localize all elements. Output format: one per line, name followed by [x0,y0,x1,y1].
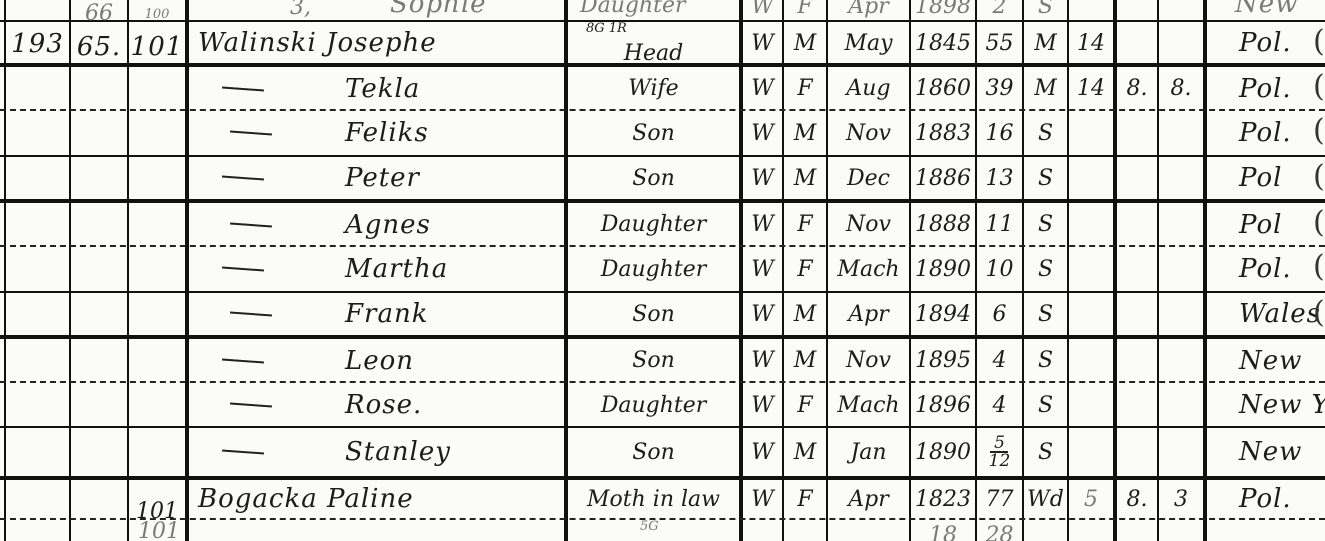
mother-children-living [1159,203,1203,246]
sex: M [784,428,826,476]
line-number: 193 [6,24,69,64]
relation: Daughter [568,247,739,291]
years-married [1069,293,1113,335]
top-strike-mark: 3, [290,0,311,20]
birth-month: Apr [828,480,909,518]
marital-status: S [1024,247,1067,291]
relation: Son [568,157,739,199]
years-married: 14 [1069,22,1113,64]
mother-children-born: 8. [1117,67,1157,110]
color-race: W [743,339,782,382]
top-row-birthplace: New [1235,0,1298,20]
mother-children-born [1117,203,1157,246]
years-married [1069,247,1113,291]
color-race: W [743,157,782,199]
birth-month: Mach [828,383,909,427]
age-fraction: 512 [977,428,1022,476]
sex: M [784,339,826,382]
mother-children-living: 3 [1159,480,1203,518]
bottom-relation-annotation: 5G [640,516,659,536]
bottom-family-mark: 101 [138,518,180,541]
birth-year: 1890 [911,247,975,291]
marital-status: M [1024,22,1067,64]
birthplace: New [1207,339,1325,382]
census-sheet: 3, Sophie Daughter W F Apr 1898 2 S New … [0,0,1325,541]
mother-children-born [1117,339,1157,382]
mother-children-living [1159,247,1203,291]
age: 4 [977,383,1022,427]
age: 39 [977,67,1022,110]
paren-icon: ( [1313,295,1325,330]
dwelling-number: 65. [71,28,127,66]
mother-children-living [1159,339,1203,382]
marital-status: S [1024,111,1067,155]
relation: Son [568,428,739,476]
paren-icon: ( [1313,24,1325,59]
mother-children-born [1117,22,1157,64]
color-race: W [743,247,782,291]
mother-children-born [1117,247,1157,291]
birth-year: 1896 [911,383,975,427]
mother-children-born [1117,293,1157,335]
birthplace: Pol [1207,157,1325,199]
age: 11 [977,203,1022,246]
col-divider [127,0,129,541]
top-row-marital: S [1024,0,1067,20]
color-race: W [743,480,782,518]
birth-month: Nov [828,111,909,155]
mother-children-born: 8. [1117,480,1157,518]
years-married [1069,157,1113,199]
birth-year: 1890 [911,428,975,476]
sex: M [784,22,826,64]
years-married [1069,111,1113,155]
relation: Son [568,293,739,335]
color-race: W [743,383,782,427]
birth-month: May [828,22,909,64]
relation: Daughter [568,203,739,246]
col-divider [69,0,71,541]
sex: F [784,203,826,246]
top-row-name: Sophie [390,0,487,20]
marital-status: S [1024,157,1067,199]
birthplace: Wales [1207,293,1325,335]
birth-month: Nov [828,203,909,246]
family-number: 101 [129,28,185,66]
birthplace: Pol. [1207,480,1325,518]
birth-month: Aug [828,67,909,110]
age: 55 [977,22,1022,64]
years-married [1069,203,1113,246]
relation: Son [568,111,739,155]
bottom-age: 28 [977,522,1022,541]
birth-month: Mach [828,247,909,291]
years-married: 14 [1069,67,1113,110]
sex: M [784,293,826,335]
marital-status: S [1024,428,1067,476]
top-row-year: 1898 [911,0,975,20]
fraction-numerator: 5 [994,435,1005,451]
relation: Son [568,339,739,382]
birthplace: Pol [1207,203,1325,246]
top-row-sex: F [784,0,826,20]
mother-children-living [1159,383,1203,427]
sex: F [784,480,826,518]
mother-children-living [1159,157,1203,199]
top-row-age: 2 [977,0,1022,20]
color-race: W [743,293,782,335]
marital-status: M [1024,67,1067,110]
col-divider [185,0,189,541]
mother-children-living [1159,428,1203,476]
bottom-birth-year: 18 [911,522,975,541]
mother-children-born [1117,428,1157,476]
top-row-color: W [743,0,782,20]
marital-status: Wd [1024,480,1067,518]
paren-icon: ( [1313,205,1325,240]
mother-children-born [1117,111,1157,155]
sex: F [784,247,826,291]
sex: F [784,67,826,110]
birthplace: New [1207,428,1325,476]
paren-icon: ( [1313,113,1325,148]
top-row-month: Apr [828,0,909,20]
sex: M [784,111,826,155]
marital-status: S [1024,293,1067,335]
birth-year: 1823 [911,480,975,518]
color-race: W [743,203,782,246]
birthplace: Pol. [1207,22,1325,64]
top-row-relation: Daughter [580,0,686,20]
age: 6 [977,293,1022,335]
color-race: W [743,22,782,64]
birth-month: Dec [828,157,909,199]
mother-children-living [1159,111,1203,155]
birthplace: Pol. [1207,111,1325,155]
birth-year: 1894 [911,293,975,335]
mother-children-living: 8. [1159,67,1203,110]
sex: M [784,157,826,199]
birthplace: New Y [1207,383,1325,427]
family-number-above: 100 [129,4,185,24]
person-name: Walinski Josephe [198,22,558,64]
dwelling-number-above: 66 [71,0,127,26]
birth-year: 1886 [911,157,975,199]
age: 10 [977,247,1022,291]
color-race: W [743,111,782,155]
age: 16 [977,111,1022,155]
birth-month: Jan [828,428,909,476]
birthplace: Pol. [1207,247,1325,291]
birth-year: 1895 [911,339,975,382]
birthplace: Pol. [1207,67,1325,110]
relation: Moth in law [568,480,739,518]
years-married [1069,383,1113,427]
paren-icon: ( [1313,69,1325,104]
marital-status: S [1024,339,1067,382]
col-divider [4,0,6,541]
mother-children-living [1159,293,1203,335]
age: 4 [977,339,1022,382]
age: 13 [977,157,1022,199]
birth-year: 1860 [911,67,975,110]
birth-month: Nov [828,339,909,382]
relation: Daughter [568,383,739,427]
birth-year: 1845 [911,22,975,64]
fraction: 512 [989,435,1011,469]
paren-icon: ( [1313,249,1325,284]
years-married [1069,339,1113,382]
mother-children-living [1159,22,1203,64]
birth-month: Apr [828,293,909,335]
row-divider-dashed [0,518,1325,520]
color-race: W [743,428,782,476]
marital-status: S [1024,203,1067,246]
years-married: 5 [1069,480,1113,518]
mother-children-born [1117,383,1157,427]
sex: F [784,383,826,427]
marital-status: S [1024,383,1067,427]
birth-year: 1883 [911,111,975,155]
age: 77 [977,480,1022,518]
relation: Wife [568,67,739,110]
person-name: Bogacka Paline [198,480,558,518]
years-married [1069,428,1113,476]
color-race: W [743,67,782,110]
fraction-denominator: 12 [989,453,1011,469]
relation-annotation: 8G 1R [586,18,627,38]
paren-icon: ( [1313,159,1325,194]
mother-children-born [1117,157,1157,199]
birth-year: 1888 [911,203,975,246]
